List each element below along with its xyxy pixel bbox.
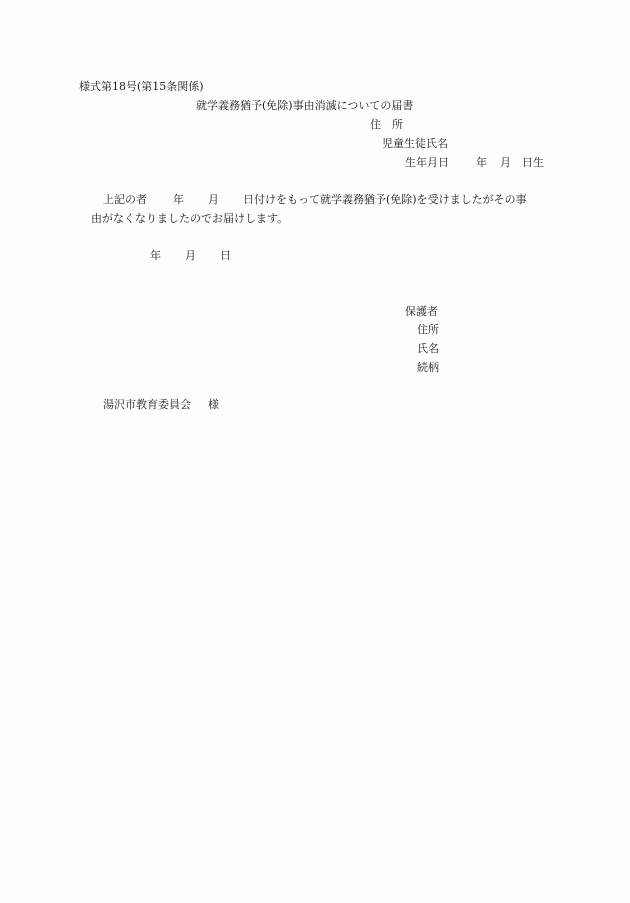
document-title: 就学義務猶予(免除)事由消滅についての届書: [196, 100, 413, 111]
body-line1-month: 月: [208, 194, 219, 205]
body-line1-prefix: 上記の者: [103, 194, 147, 205]
birthdate-year: 年: [476, 157, 487, 168]
student-address-label: 住 所: [370, 119, 403, 130]
date-year: 年: [150, 250, 161, 261]
guardian-address-label: 住所: [417, 324, 439, 335]
birthdate-month: 月: [500, 157, 511, 168]
student-name-label: 児童生徒氏名: [382, 138, 448, 149]
body-line1-year: 年: [173, 194, 184, 205]
document-page: 様式第18号(第15条関係) 就学義務猶予(免除)事由消滅についての届書 住 所…: [0, 0, 630, 903]
form-number: 様式第18号(第15条関係): [79, 81, 204, 92]
date-day: 日: [220, 250, 231, 261]
guardian-relationship-label: 続柄: [417, 362, 439, 373]
guardian-name-label: 氏名: [417, 343, 439, 354]
body-line1-rest: 日付けをもって就学義務猶予(免除)を受けましたがその事: [243, 194, 527, 205]
addressee-name: 湯沢市教育委員会: [103, 399, 191, 410]
body-line2: 由がなくなりましたのでお届けします。: [91, 213, 288, 224]
birthdate-label: 生年月日: [405, 157, 449, 168]
date-month: 月: [185, 250, 196, 261]
guardian-heading: 保護者: [405, 306, 438, 317]
birthdate-day-suffix: 日生: [522, 157, 544, 168]
addressee-honorific: 様: [208, 399, 219, 410]
